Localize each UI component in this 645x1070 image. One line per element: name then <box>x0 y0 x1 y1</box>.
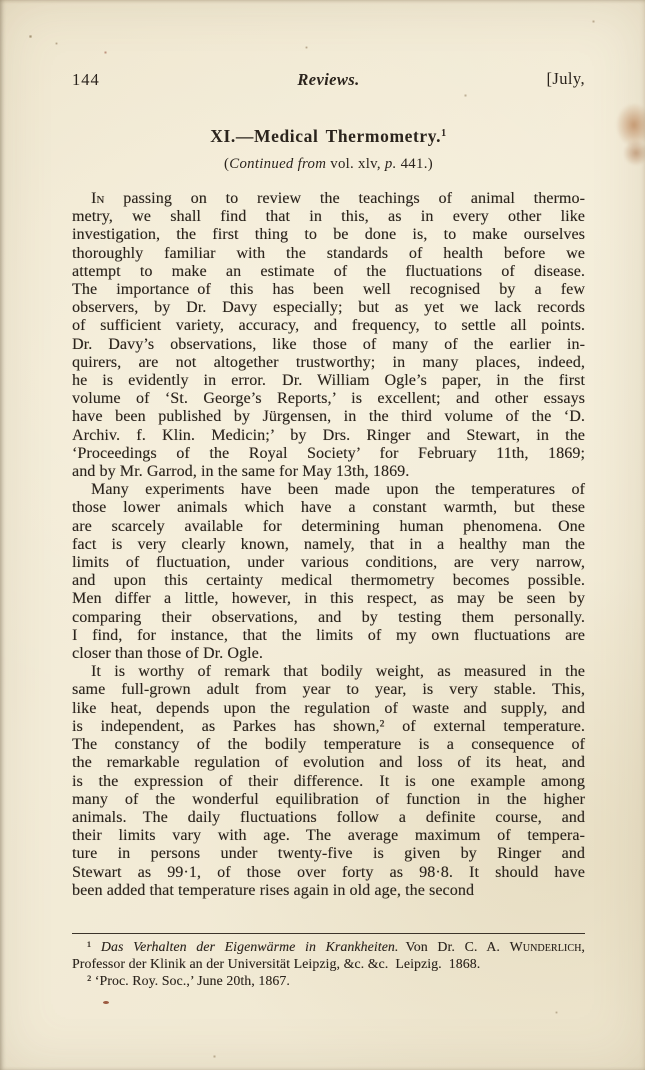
text-line: Professor der Klinik an der Universität … <box>72 956 585 973</box>
paragraph: It is worthy of remark that bodily weigh… <box>72 663 585 900</box>
text-line: Many experiments have been made upon the… <box>72 481 585 499</box>
text-line: and upon this certainty medical thermome… <box>72 572 585 590</box>
article-title-text: XI.—Medical Thermometry. <box>210 126 441 146</box>
paper-specks <box>0 0 1 1</box>
text-line: many of the wonderful equilibration of f… <box>72 791 585 809</box>
text-segment: ¹ <box>87 939 101 954</box>
text-line: observers, by Dr. Davy especially; but a… <box>72 299 585 317</box>
paragraph: ¹ Das Verhalten der Eigenwärme in Krankh… <box>72 939 585 973</box>
running-header: 144 Reviews. [July, <box>72 70 585 92</box>
text-line: ¹ Das Verhalten der Eigenwärme in Krankh… <box>72 939 585 956</box>
text-line: are scarcely available for determining h… <box>72 518 585 536</box>
article-title: XI.—Medical Thermometry.1 <box>72 126 585 147</box>
footnotes: ¹ Das Verhalten der Eigenwärme in Krankh… <box>72 939 585 989</box>
text-line: fact is very clearly known, namely, that… <box>72 536 585 554</box>
text-line: thoroughly familiar with the standards o… <box>72 245 585 263</box>
text-line: attempt to make an estimate of the fluct… <box>72 263 585 281</box>
footnote-rule <box>72 933 585 934</box>
text-line: he is evidently in error. Dr. William Og… <box>72 372 585 390</box>
paragraph: Many experiments have been made upon the… <box>72 481 585 663</box>
text-line: is the expression of their difference. I… <box>72 773 585 791</box>
text-segment: Continued from <box>229 156 326 172</box>
text-line: Stewart as 99·1, of those over forty as … <box>72 864 585 882</box>
title-footnote-mark: 1 <box>441 128 447 139</box>
text-line: comparing their observations, and by tes… <box>72 609 585 627</box>
text-line: The importance of this has been well rec… <box>72 281 585 299</box>
text-line: same full-grown adult from year to year,… <box>72 681 585 699</box>
text-line: quirers, are not altogether trustworthy;… <box>72 354 585 372</box>
text-segment: Wunderlich, <box>510 939 585 954</box>
body-paragraphs: In passing on to review the teachings of… <box>72 190 585 900</box>
text-line: ‘Proceedings of the Royal Society’ for F… <box>72 445 585 463</box>
text-line: limits of fluctuation, under various con… <box>72 554 585 572</box>
text-segment: vol. xlv, <box>326 156 385 172</box>
paragraph: In passing on to review the teachings of… <box>72 190 585 481</box>
text-line: is independent, as Parkes has shown,² of… <box>72 718 585 736</box>
scanned-book-page: 144 Reviews. [July, XI.—Medical Thermome… <box>0 0 645 1070</box>
text-line: In passing on to review the teachings of… <box>72 190 585 208</box>
text-segment: Das Verhalten der Eigenwärme in Krankhei… <box>101 939 399 954</box>
paragraph: ² ‘Proc. Roy. Soc.,’ June 20th, 1867. <box>72 973 585 990</box>
issue-date: [July, <box>547 69 585 89</box>
text-line: The constancy of the bodily temperature … <box>72 736 585 754</box>
text-line: have been published by Jürgensen, in the… <box>72 408 585 426</box>
text-segment: ² ‘Proc. Roy. Soc.,’ June 20th, 1867. <box>87 973 290 988</box>
text-line: of sufficient variety, accuracy, and fre… <box>72 317 585 335</box>
text-line: their limits vary with age. The average … <box>72 827 585 845</box>
text-line: and by Mr. Garrod, in the same for May 1… <box>72 463 585 481</box>
text-line: the remarkable regulation of evolution a… <box>72 754 585 772</box>
text-segment: passing on to review the teachings of an… <box>104 190 585 207</box>
text-line: I find, for instance, that the limits of… <box>72 627 585 645</box>
text-line: been added that temperature rises again … <box>72 882 585 900</box>
text-line: It is worthy of remark that bodily weigh… <box>72 663 585 681</box>
text-line: Archiv. f. Klin. Medicin;’ by Drs. Ringe… <box>72 427 585 445</box>
text-line: Dr. Davy’s observations, like those of m… <box>72 336 585 354</box>
text-line: ² ‘Proc. Roy. Soc.,’ June 20th, 1867. <box>72 973 585 990</box>
paper-speck <box>103 1001 109 1004</box>
text-line: those lower animals which have a constan… <box>72 499 585 517</box>
text-line: animals. The daily fluctuations follow a… <box>72 809 585 827</box>
article-subtitle: (Continued from vol. xlv, p. 441.) <box>72 156 585 173</box>
running-title: Reviews. <box>72 70 585 90</box>
text-line: Men differ a little, however, in this re… <box>72 590 585 608</box>
text-segment: Von Dr. C. A. <box>398 939 509 954</box>
text-line: closer than those of Dr. Ogle. <box>72 645 585 663</box>
text-line: volume of ‘St. George’s Reports,’ is exc… <box>72 390 585 408</box>
text-segment: In <box>91 190 104 207</box>
text-segment: Professor der Klinik an der Universität … <box>72 956 480 971</box>
text-segment: 441.) <box>397 156 433 172</box>
paper-stain <box>615 102 645 148</box>
paper-stain <box>623 140 645 166</box>
text-segment: p. <box>385 156 397 172</box>
text-line: like heat, depends upon the regulation o… <box>72 700 585 718</box>
text-line: metry, we shall find that in this, as in… <box>72 208 585 226</box>
text-line: investigation, the first thing to be don… <box>72 226 585 244</box>
text-line: ture in persons under twenty-five is giv… <box>72 845 585 863</box>
